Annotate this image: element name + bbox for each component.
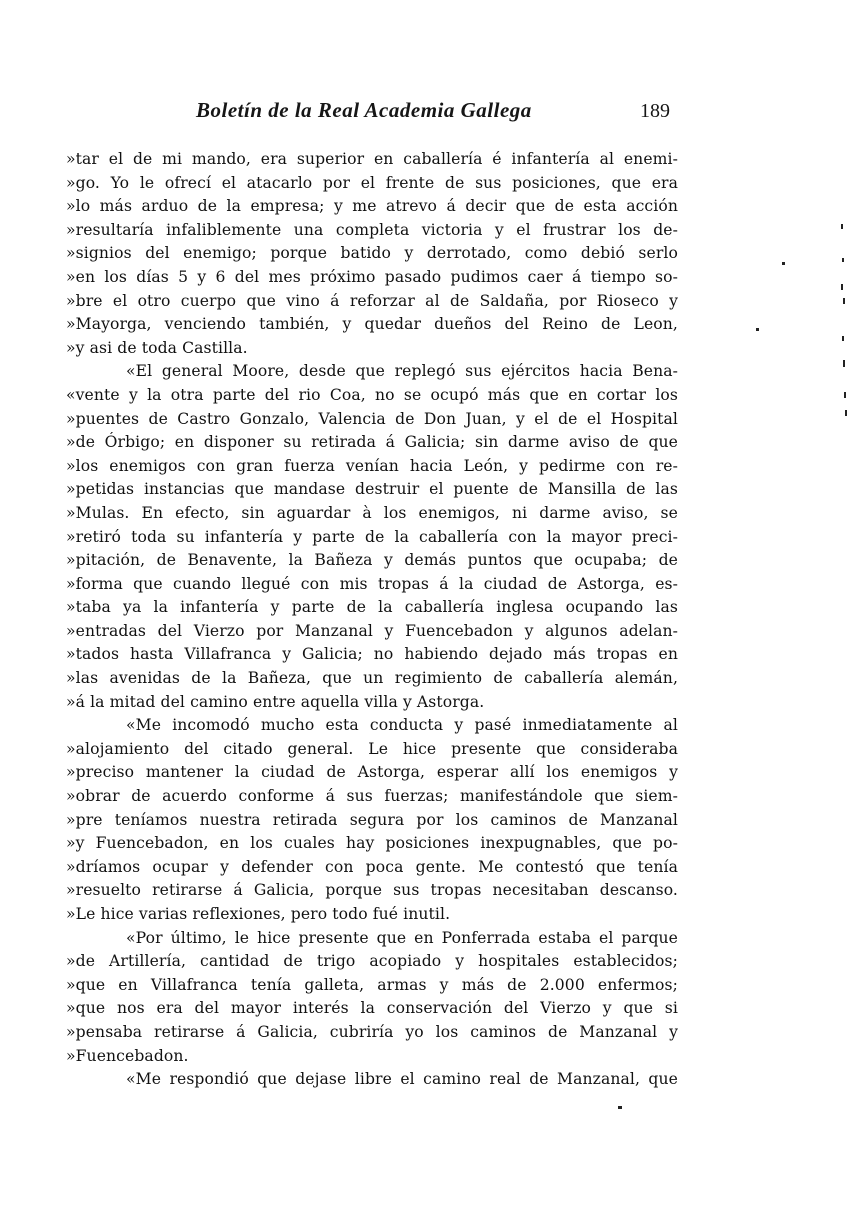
paragraph-end-line: »y asi de toda Castilla.: [66, 337, 678, 361]
paragraph-start-line: «Me incomodó mucho esta conducta y pasé …: [66, 714, 678, 738]
text-line: »resuelto retirarse á Galicia, porque su…: [66, 879, 678, 903]
text-line: »tados hasta Villafranca y Galicia; no h…: [66, 643, 678, 667]
scan-speck: [618, 1106, 622, 1109]
text-line: »de Órbigo; en disponer su retirada á Ga…: [66, 431, 678, 455]
scan-speck: [841, 224, 843, 229]
text-line: «vente y la otra parte del rio Coa, no s…: [66, 384, 678, 408]
text-line: »y Fuencebadon, en los cuales hay posici…: [66, 832, 678, 856]
text-line: »las avenidas de la Bañeza, que un regim…: [66, 667, 678, 691]
text-line: »resultaría infaliblemente una completa …: [66, 219, 678, 243]
text-line: »retiró toda su infantería y parte de la…: [66, 526, 678, 550]
scan-speck: [782, 262, 785, 265]
text-line: »los enemigos con gran fuerza venían hac…: [66, 455, 678, 479]
scan-speck: [841, 284, 843, 290]
page-number: 189: [640, 100, 670, 123]
paragraph-start-line: «Por último, le hice presente que en Pon…: [66, 927, 678, 951]
text-line: »forma que cuando llegué con mis tropas …: [66, 573, 678, 597]
text-line: »signios del enemigo; porque batido y de…: [66, 242, 678, 266]
running-header: Boletín de la Real Academia Gallega 189: [196, 98, 676, 128]
text-line: »pitación, de Benavente, la Bañeza y dem…: [66, 549, 678, 573]
paragraph-end-line: »á la mitad del camino entre aquella vil…: [66, 691, 678, 715]
paragraph-start-line: «Me respondió que dejase libre el camino…: [66, 1068, 678, 1092]
text-line: »obrar de acuerdo conforme á sus fuerzas…: [66, 785, 678, 809]
text-line: »Mulas. En efecto, sin aguardar à los en…: [66, 502, 678, 526]
text-line: »taba ya la infantería y parte de la cab…: [66, 596, 678, 620]
scan-speck: [842, 336, 844, 341]
text-line: »tar el de mi mando, era superior en cab…: [66, 148, 678, 172]
text-line: »dríamos ocupar y defender con poca gent…: [66, 856, 678, 880]
text-line: »petidas instancias que mandase destruir…: [66, 478, 678, 502]
text-line: »puentes de Castro Gonzalo, Valencia de …: [66, 408, 678, 432]
text-line: »pensaba retirarse á Galicia, cubriría y…: [66, 1021, 678, 1045]
text-line: »de Artillería, cantidad de trigo acopia…: [66, 950, 678, 974]
scan-speck: [844, 392, 846, 398]
scan-speck: [756, 328, 759, 331]
text-line: »alojamiento del citado general. Le hice…: [66, 738, 678, 762]
paragraph-start-line: «El general Moore, desde que replegó sus…: [66, 360, 678, 384]
journal-title: Boletín de la Real Academia Gallega: [196, 98, 532, 123]
scan-speck: [845, 410, 847, 416]
text-line: »en los días 5 y 6 del mes próximo pasad…: [66, 266, 678, 290]
text-line: »pre teníamos nuestra retirada segura po…: [66, 809, 678, 833]
text-line: »entradas del Vierzo por Manzanal y Fuen…: [66, 620, 678, 644]
text-line: »preciso mantener la ciudad de Astorga, …: [66, 761, 678, 785]
text-line: »bre el otro cuerpo que vino á reforzar …: [66, 290, 678, 314]
text-line: »Mayorga, venciendo también, y quedar du…: [66, 313, 678, 337]
paragraph-end-line: »Fuencebadon.: [66, 1045, 678, 1069]
scan-speck: [842, 258, 844, 262]
text-line: »que nos era del mayor interés la conser…: [66, 997, 678, 1021]
text-line: »go. Yo le ofrecí el atacarlo por el fre…: [66, 172, 678, 196]
paragraph-end-line: »Le hice varias reflexiones, pero todo f…: [66, 903, 678, 927]
scan-speck: [843, 360, 845, 367]
scan-speck: [843, 298, 845, 304]
text-line: »que en Villafranca tenía galleta, armas…: [66, 974, 678, 998]
page-body: »tar el de mi mando, era superior en cab…: [66, 148, 678, 1092]
text-line: »lo más arduo de la empresa; y me atrevo…: [66, 195, 678, 219]
